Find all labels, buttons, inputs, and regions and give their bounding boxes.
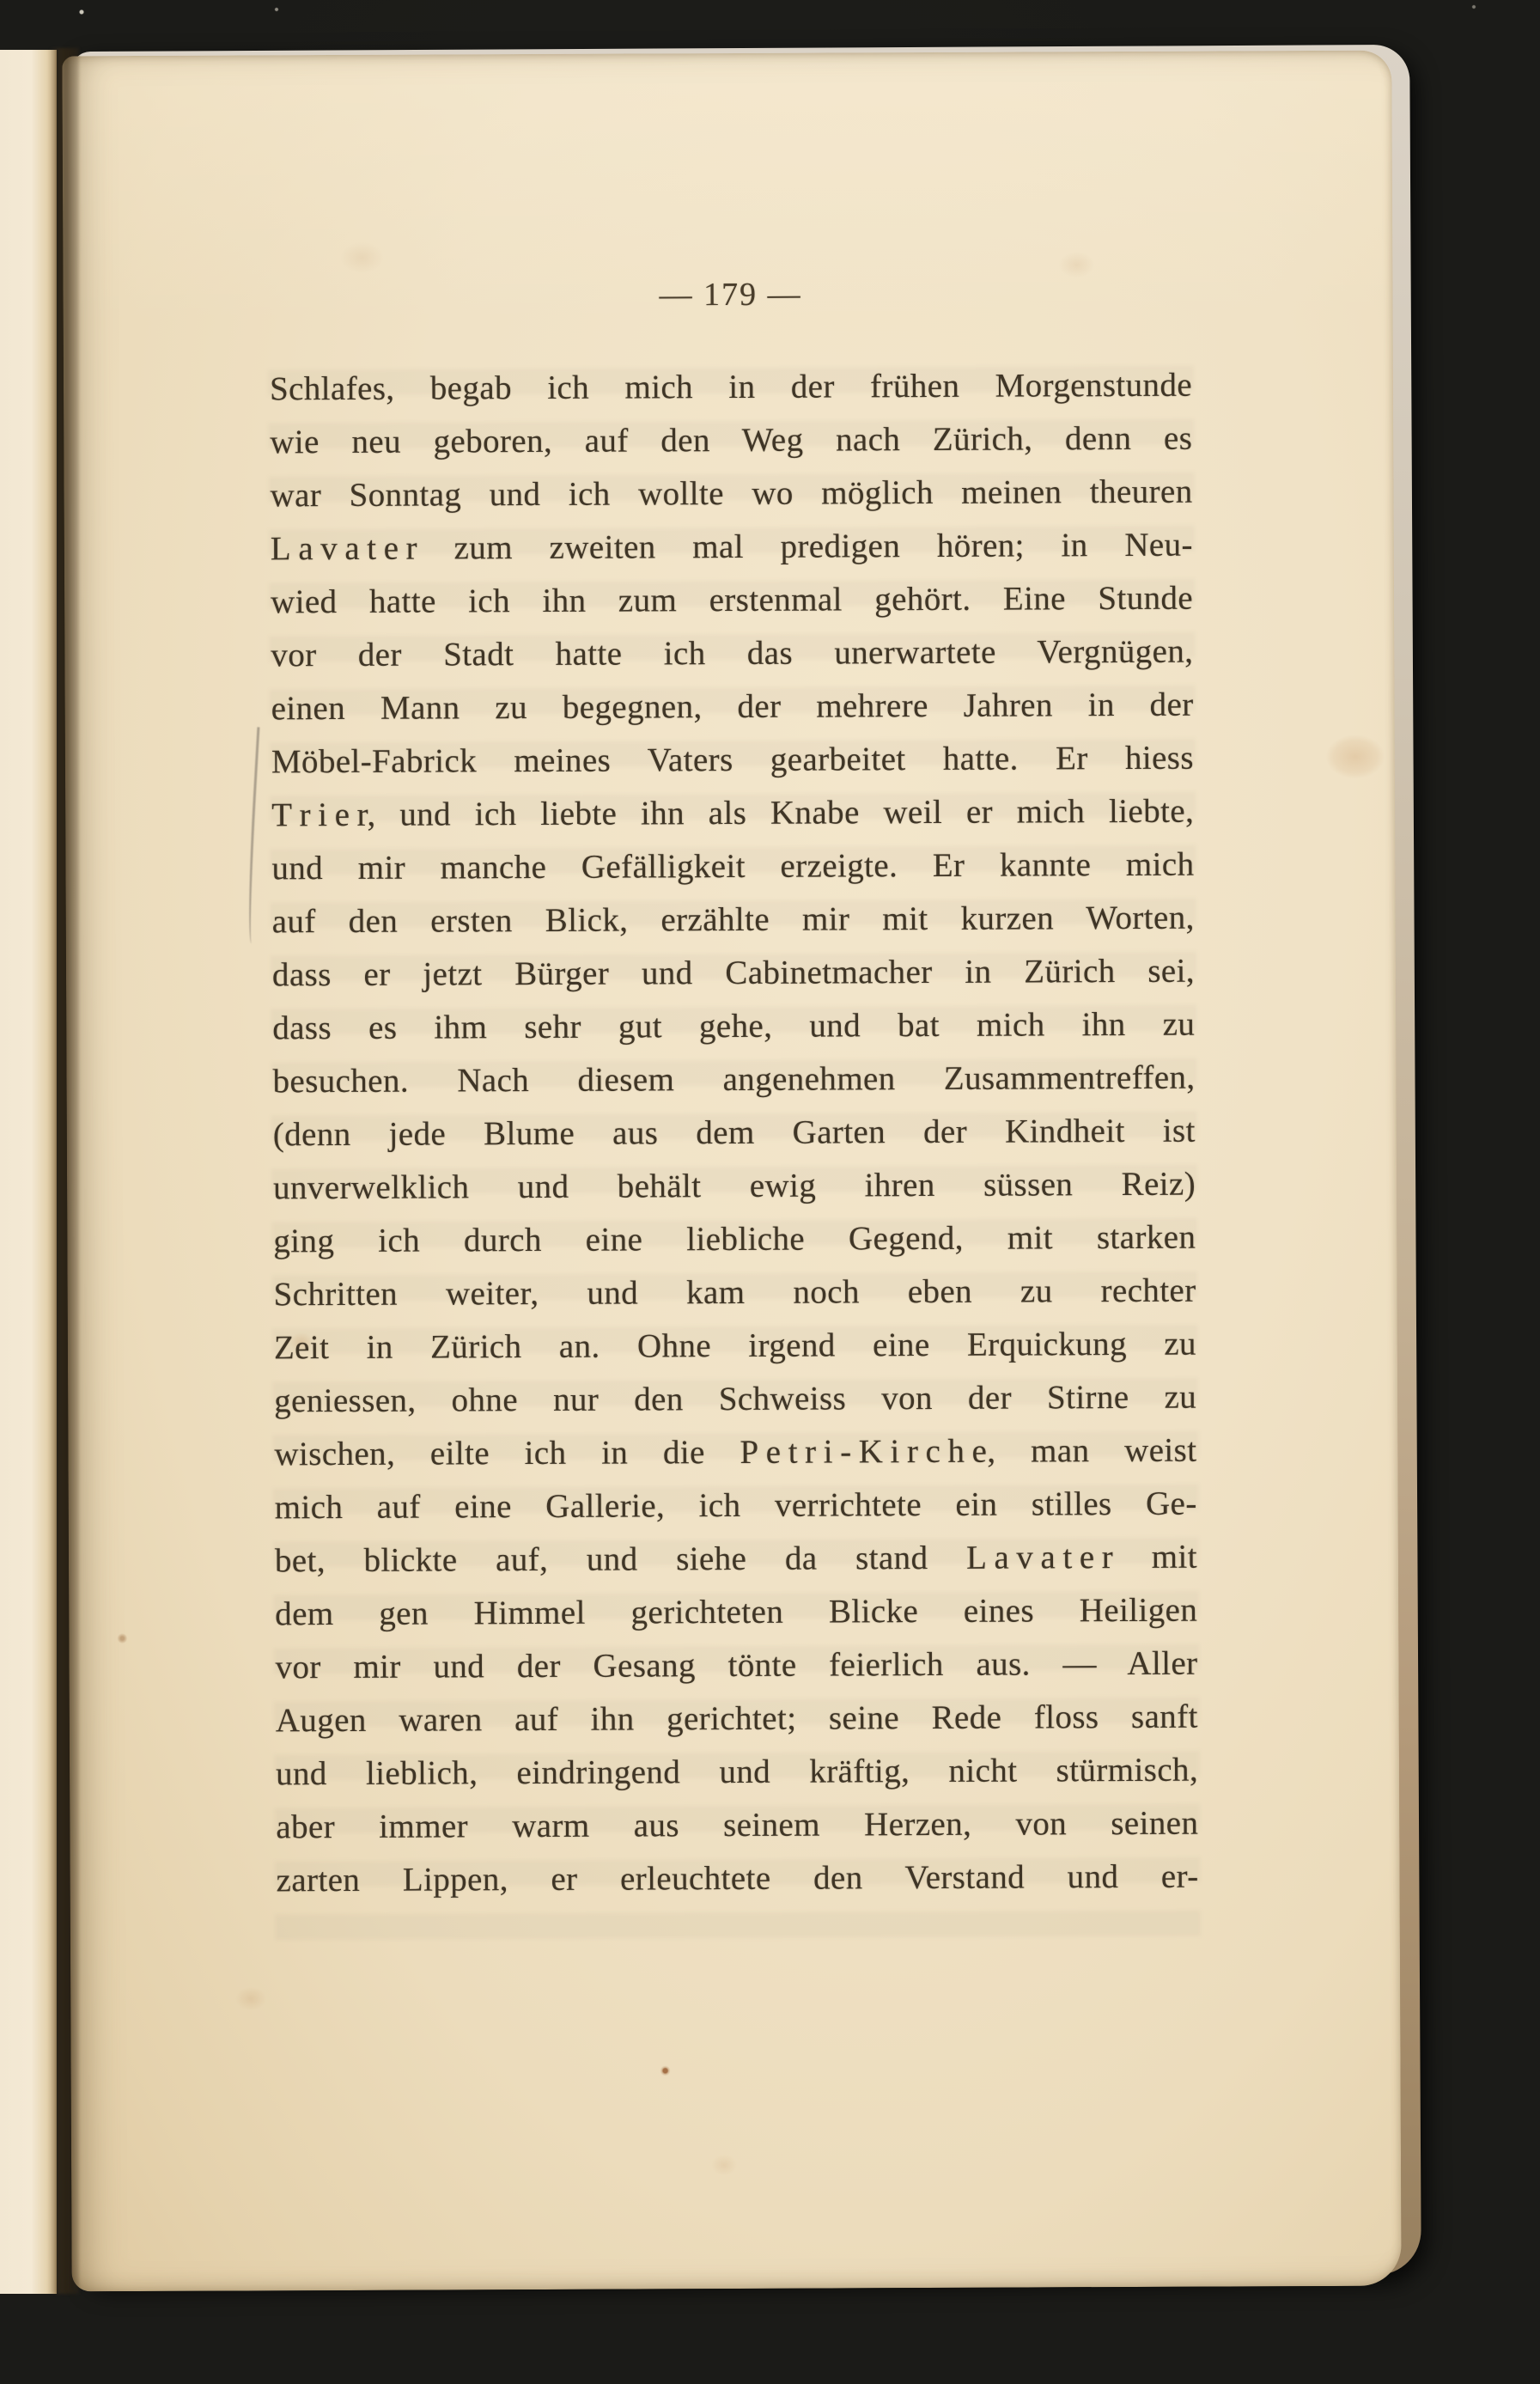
- text-line: besuchen. Nach diesem angenehmen Zusamme…: [272, 1052, 1195, 1109]
- text-line: dass es ihm sehr gut gehe, und bat mich …: [272, 998, 1195, 1056]
- text-line: dass er jetzt Bürger und Cabinetmacher i…: [272, 945, 1195, 1003]
- text-line: zarten Lippen, er erleuchtete den Versta…: [276, 1850, 1198, 1908]
- text-line: und mir manche Gefälligkeit erzeigte. Er…: [271, 838, 1194, 896]
- margin-pencil-mark: [245, 727, 266, 943]
- text-line: geniessen, ohne nur den Schweiss von der…: [274, 1371, 1196, 1429]
- text-line: bet, blickte auf, und siehe da stand L a…: [275, 1531, 1197, 1588]
- text-line: auf den ersten Blick, erzählte mir mit k…: [272, 892, 1195, 949]
- book-scan-background: — 179 — Schlafes, begab ich mich in der …: [0, 0, 1540, 2384]
- text-line: L a v a t e r zum zweiten mal predigen h…: [271, 519, 1193, 576]
- gutter-shadow: [50, 48, 79, 2294]
- text-line: wied hatte ich ihn zum erstenmal gehört.…: [271, 572, 1193, 630]
- page-number: — 179 —: [269, 273, 1191, 317]
- text-line: und lieblich, eindringend und kräftig, n…: [276, 1744, 1198, 1802]
- text-line: Zeit in Zürich an. Ohne irgend eine Erqu…: [274, 1318, 1196, 1375]
- text-line: T r i e r, und ich liebte ihn als Knabe …: [271, 785, 1194, 843]
- text-line: Schlafes, begab ich mich in der frühen M…: [270, 359, 1192, 417]
- text-line: mich auf eine Gallerie, ich verrichtete …: [275, 1478, 1197, 1535]
- text-line: vor mir und der Gesang tönte feierlich a…: [275, 1637, 1197, 1695]
- text-line: vor der Stadt hatte ich das unerwartete …: [271, 625, 1193, 683]
- text-line: Schritten weiter, und kam noch eben zu r…: [273, 1265, 1196, 1322]
- text-line: Augen waren auf ihn gerichtet; seine Red…: [276, 1691, 1198, 1748]
- text-line: (denn jede Blume aus dem Garten der Kind…: [273, 1105, 1196, 1162]
- text-line: war Sonntag und ich wollte wo möglich me…: [270, 466, 1192, 523]
- text-line: wie neu geboren, auf den Weg nach Zürich…: [270, 412, 1192, 470]
- previous-page-edge: [0, 50, 57, 2294]
- text-line: einen Mann zu begegnen, der mehrere Jahr…: [271, 679, 1194, 736]
- book-page: — 179 — Schlafes, begab ich mich in der …: [62, 51, 1401, 2292]
- text-line: unverwelklich und behält ewig ihren süss…: [273, 1158, 1196, 1216]
- text-line: wischen, eilte ich in die P e t r i - K …: [274, 1424, 1196, 1482]
- text-line: dem gen Himmel gerichteten Blicke eines …: [275, 1584, 1197, 1642]
- text-line: aber immer warm aus seinem Herzen, von s…: [276, 1797, 1198, 1855]
- text-block: Schlafes, begab ich mich in der frühen M…: [270, 359, 1199, 1908]
- text-line: Möbel-Fabrick meines Vaters gearbeitet h…: [271, 732, 1194, 790]
- text-line: ging ich durch eine liebliche Gegend, mi…: [273, 1211, 1196, 1269]
